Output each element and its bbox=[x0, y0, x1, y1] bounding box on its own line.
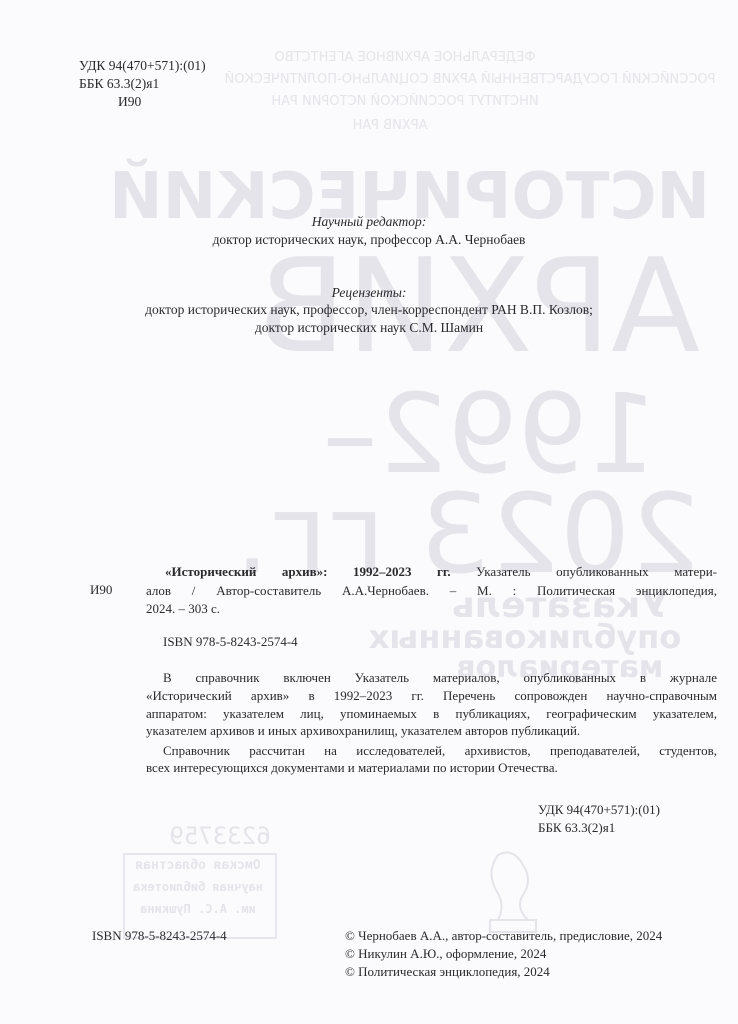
reviewer-line: доктор исторических наук С.М. Шамин bbox=[0, 320, 738, 336]
footer-isbn: ISBN 978-5-8243-2574-4 bbox=[92, 928, 227, 944]
copyright-line: © Чернобаев А.А., автор-составитель, пре… bbox=[345, 928, 662, 944]
bib-author-mark: И90 bbox=[90, 582, 112, 598]
ghost-title: 1992– bbox=[290, 370, 690, 498]
annotation-line: аппаратом: указателем лиц, упоминаемых в… bbox=[146, 705, 717, 723]
copyright-line: © Никулин А.Ю., оформление, 2024 bbox=[345, 946, 546, 962]
reviewers-label: Рецензенты: bbox=[0, 285, 738, 301]
scientific-editor-label: Научный редактор: bbox=[0, 214, 738, 230]
bib-title: «Исторический архив»: 1992–2023 гг. bbox=[165, 564, 451, 579]
udk-code: УДК 94(470+571):(01) bbox=[79, 58, 206, 74]
bleed-through-layer: ФЕДЕРАЛЬНОЕ АРХИВНОЕ АГЕНТСТВО РОССИЙСКИ… bbox=[0, 0, 738, 1024]
footer-udk-code: УДК 94(470+571):(01) bbox=[538, 802, 660, 818]
ghost-org-line: АРХИВ РАН bbox=[330, 118, 450, 133]
annotation-line: «Исторический архив» в 1992–2023 гг. Пер… bbox=[146, 687, 717, 705]
annotation-line: указателем архивов и иных архивохранилищ… bbox=[146, 723, 580, 739]
bib-line-1-rest: Указатель опубликованных матери- bbox=[476, 564, 717, 579]
ghost-stamp-number: 6233759 bbox=[150, 822, 290, 850]
ghost-library-stamp bbox=[123, 853, 277, 939]
ghost-publisher-logo-icon bbox=[478, 845, 548, 940]
bib-line-3: 2024. – 303 с. bbox=[146, 601, 220, 617]
bib-isbn: ISBN 978-5-8243-2574-4 bbox=[163, 634, 298, 650]
bbk-code: ББК 63.3(2)я1 bbox=[79, 76, 159, 92]
reviewer-line: доктор исторических наук, профессор, чле… bbox=[0, 302, 738, 318]
ghost-sub: опубликованных bbox=[360, 618, 690, 656]
ghost-org-line: ФЕДЕРАЛЬНОЕ АРХИВНОЕ АГЕНТСТВО bbox=[250, 50, 560, 65]
annotation-line: В справочник включен Указатель материало… bbox=[163, 669, 717, 687]
footer-bbk-code: ББК 63.3(2)я1 bbox=[538, 820, 615, 836]
scientific-editor-name: доктор исторических наук, профессор А.А.… bbox=[0, 232, 738, 248]
annotation-line: Справочник рассчитан на исследователей, … bbox=[163, 742, 717, 760]
ghost-stamp-line: научная библиотека bbox=[125, 880, 271, 894]
ghost-org-line: ИНСТИТУТ РОССИЙСКОЙ ИСТОРИИ РАН bbox=[250, 94, 560, 109]
ghost-stamp-line: Омская областная bbox=[125, 858, 271, 873]
ghost-stamp-line: им. А.С. Пушкина bbox=[125, 902, 271, 916]
bib-line-2: алов / Автор-составитель А.А.Чернобаев. … bbox=[146, 582, 717, 600]
bib-line-1: «Исторический архив»: 1992–2023 гг. Указ… bbox=[165, 563, 717, 581]
annotation-line: всех интересующихся документами и матери… bbox=[146, 760, 558, 776]
author-mark: И90 bbox=[118, 94, 141, 110]
copyright-line: © Политическая энциклопедия, 2024 bbox=[345, 964, 550, 980]
ghost-org-line: РОССИЙСКИЙ ГОСУДАРСТВЕННЫЙ АРХИВ СОЦИАЛЬ… bbox=[220, 72, 720, 87]
